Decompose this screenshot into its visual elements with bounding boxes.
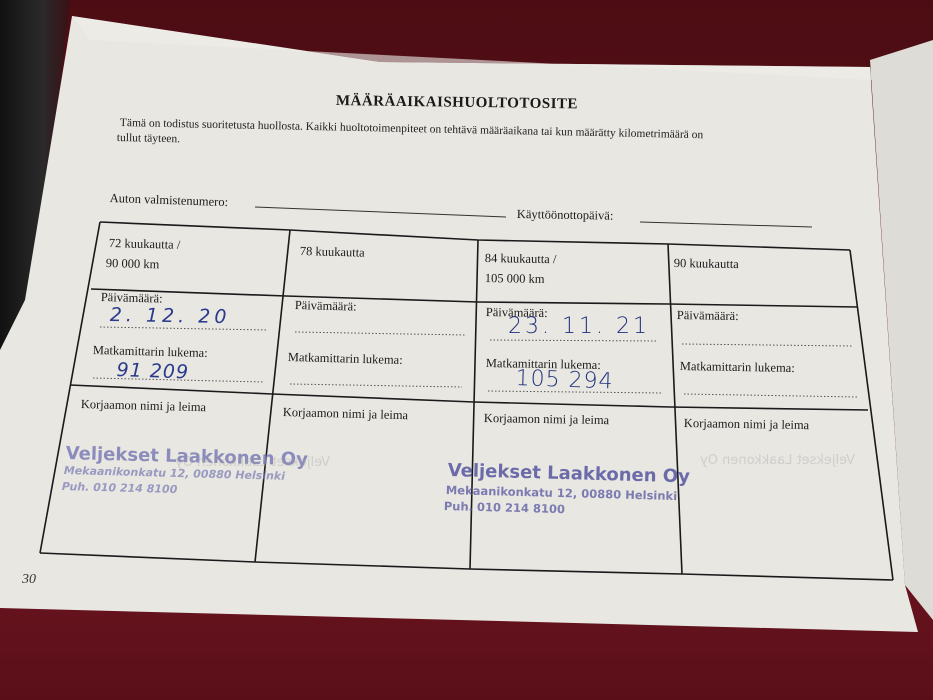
interval-line2: 105 000 km — [485, 271, 545, 287]
odometer-value[interactable]: 91 209 — [116, 359, 189, 384]
odometer-label: Matkamittarin lukema: — [93, 343, 208, 361]
date-label: Päivämäärä: — [295, 298, 357, 315]
odometer-label: Matkamittarin lukema: — [680, 359, 795, 376]
interval-line1: 90 kuukautta — [674, 256, 739, 272]
commission-date-label: Käyttöönottopäivä: — [517, 207, 614, 224]
interval-line1: 78 kuukautta — [300, 244, 365, 261]
date-value[interactable]: 23. 11. 21 — [508, 314, 650, 339]
odometer-value[interactable]: 105 294 — [515, 366, 614, 394]
date-value[interactable]: 2. 12. 20 — [110, 304, 231, 328]
date-label: Päivämäärä: — [677, 308, 739, 324]
stamp-bleed-through: Veljekset Laakkonen Oy — [175, 455, 330, 470]
workshop-label: Korjaamon nimi ja leima — [684, 416, 810, 433]
interval-line1: 72 kuukautta / — [109, 236, 181, 253]
interval-line1: 84 kuukautta / — [485, 251, 557, 267]
workshop-label: Korjaamon nimi ja leima — [484, 411, 610, 428]
page-title: MÄÄRÄAIKAISHUOLTOTOSITE — [336, 93, 578, 113]
page-number: 30 — [22, 572, 36, 588]
stamp-bleed-through: Veljekset Laakkonen Oy — [700, 453, 855, 468]
intro-text-line2: tullut täyteen. — [117, 132, 180, 145]
interval-line2: 90 000 km — [106, 256, 160, 272]
odometer-label: Matkamittarin lukema: — [288, 350, 403, 368]
